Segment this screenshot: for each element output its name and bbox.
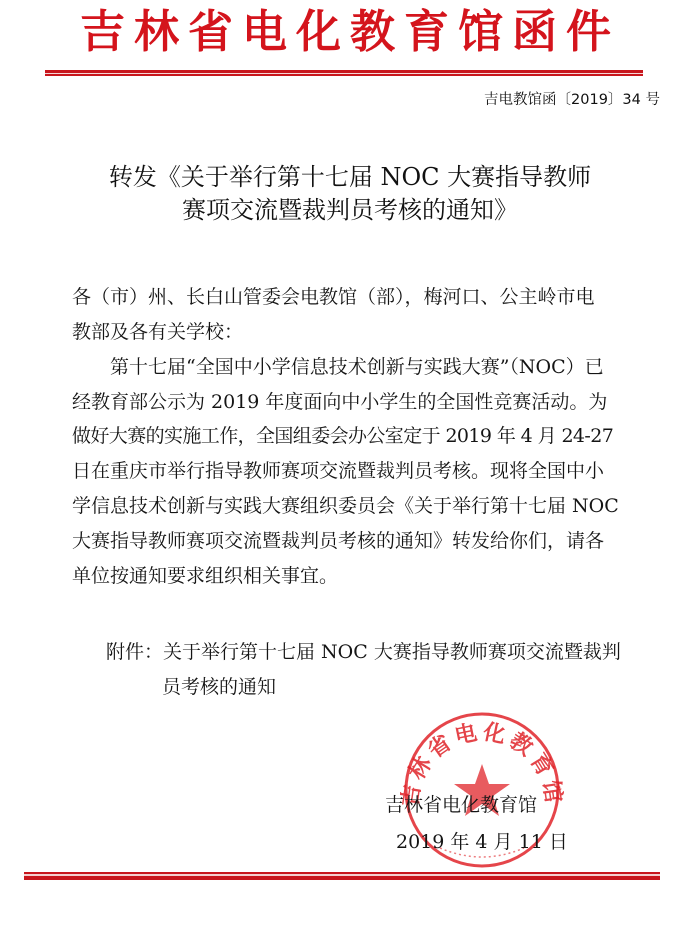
paragraph-line: 单位按通知要求组织相关事宜。 bbox=[72, 564, 338, 588]
paragraph-line: 经教育部公示为 2019 年度面向中小学生的全国性竞赛活动。为 bbox=[72, 390, 607, 414]
paragraph-line: 大赛指导教师赛项交流暨裁判员考核的通知》转发给你们，请各 bbox=[72, 529, 604, 553]
attachment-line: 员考核的通知 bbox=[162, 675, 276, 699]
header-divider bbox=[45, 70, 643, 76]
document-title-line-1: 转发《关于举行第十七届 NOC 大赛指导教师 bbox=[0, 160, 700, 194]
salutation-line: 各（市）州、长白山管委会电教馆（部），梅河口、公主岭市电 bbox=[72, 285, 595, 309]
document-title-line-2: 赛项交流暨裁判员考核的通知》 bbox=[0, 193, 700, 227]
paragraph-line: 做好大赛的实施工作，全国组委会办公室定于 2019 年 4 月 24-27 bbox=[72, 424, 613, 448]
signature-organization: 吉林省电化教育馆 bbox=[385, 790, 537, 817]
salutation-line: 教部及各有关学校： bbox=[72, 320, 243, 344]
paragraph-line: 第十七届“全国中小学信息技术创新与实践大赛”（NOC）已 bbox=[110, 355, 604, 379]
document-number: 吉电教馆函〔2019〕34 号 bbox=[484, 88, 660, 109]
signature-date: 2019 年 4 月 11 日 bbox=[396, 827, 568, 854]
paragraph-line: 日在重庆市举行指导教师赛项交流暨裁判员考核。现将全国中小 bbox=[72, 459, 604, 483]
attachment-line: 附件：关于举行第十七届 NOC 大赛指导教师赛项交流暨裁判 bbox=[106, 640, 621, 664]
masthead-title: 吉林省电化教育馆函件 bbox=[0, 4, 700, 60]
footer-divider bbox=[24, 872, 660, 882]
paragraph-line: 学信息技术创新与实践大赛组织委员会《关于举行第十七届 NOC bbox=[72, 494, 619, 518]
